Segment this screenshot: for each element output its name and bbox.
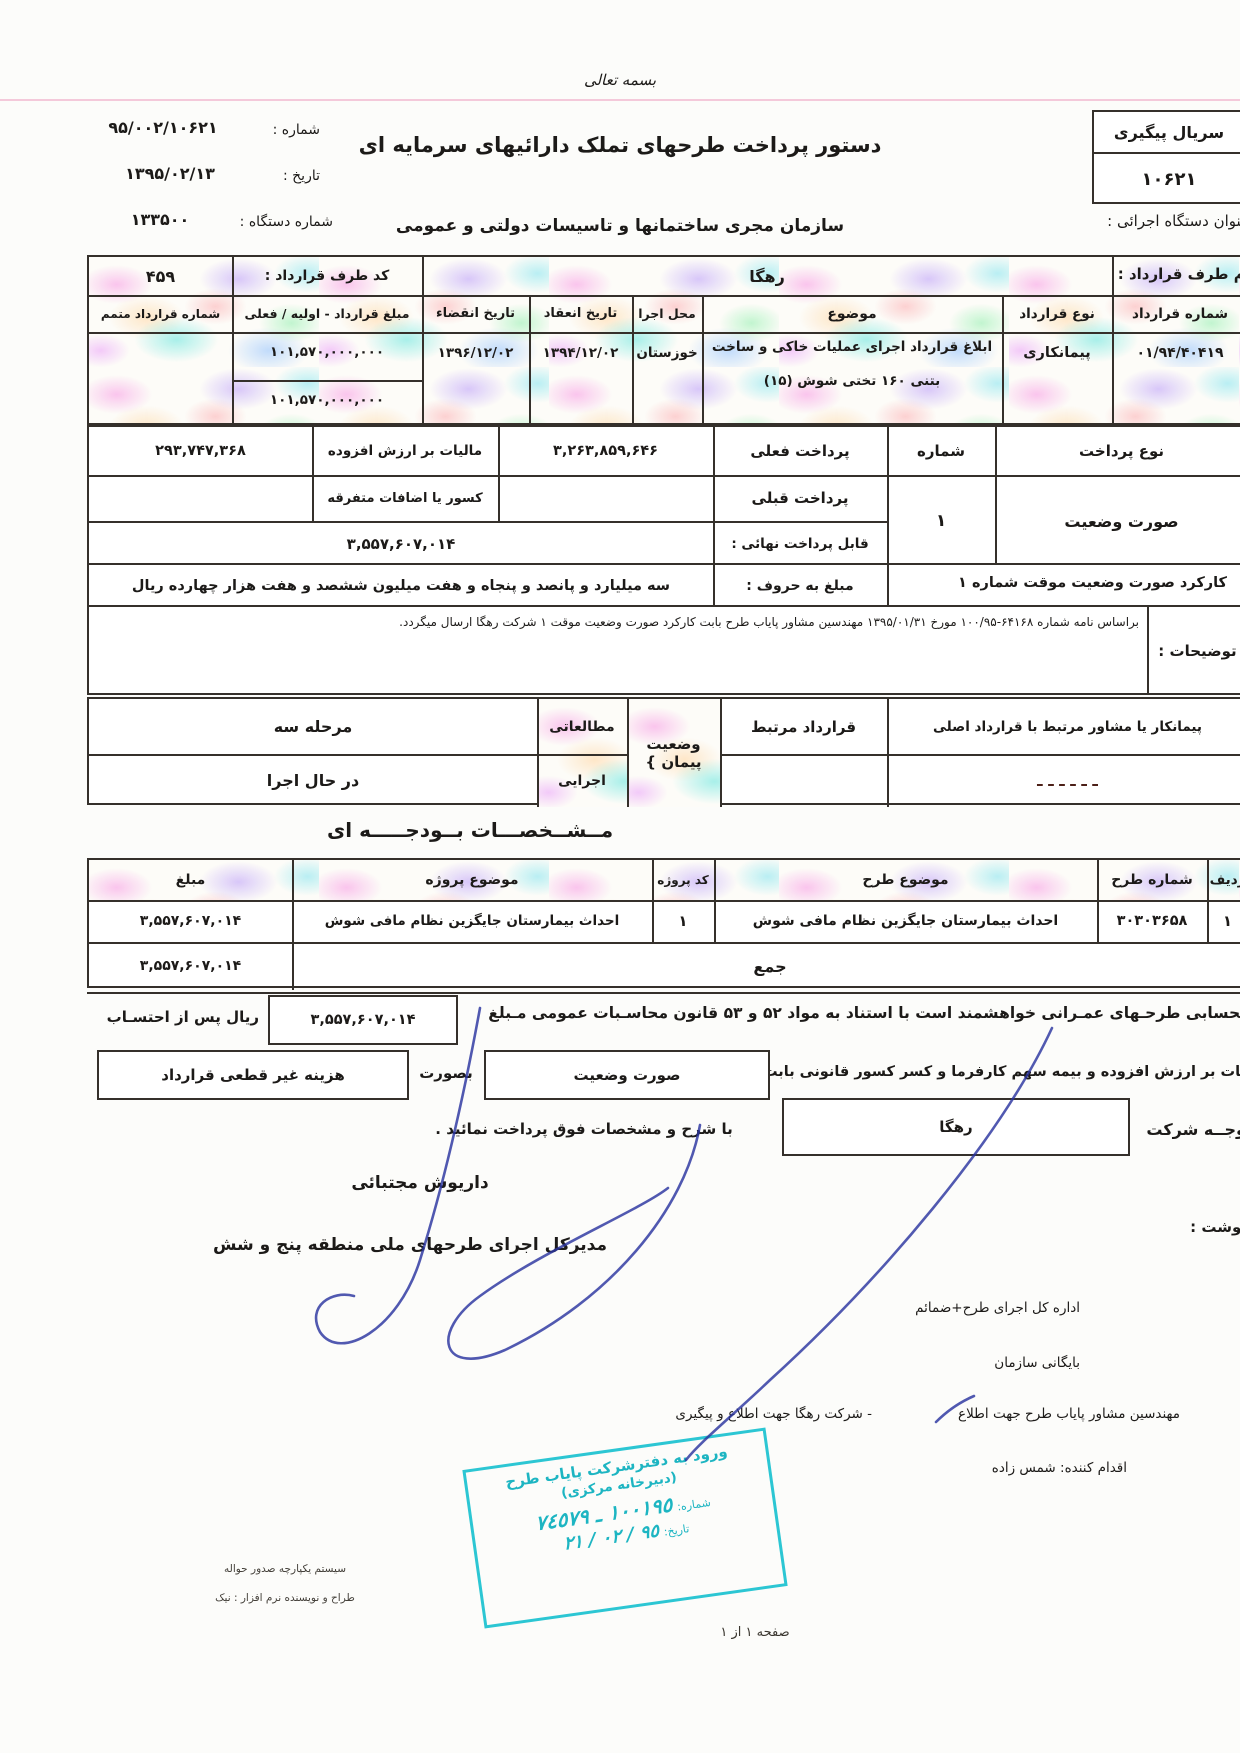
budget-header-row: ردیف (1207, 860, 1240, 900)
signatory-name: داریوش مجتبائی (320, 1170, 520, 1196)
page-number: صفحه ۱ از ۱ (700, 1625, 810, 1640)
current-payment-label: پرداخت فعلی (713, 427, 887, 475)
budget-header-plan-no: شماره طرح (1097, 860, 1207, 900)
serial-value: ۱۰۶۲۱ (1094, 154, 1240, 204)
amount-in-words-label: مبلغ به حروف : (713, 565, 887, 607)
payment-type-header: نوع پرداخت (995, 427, 1240, 475)
status-label: وضعیت پیمان } (627, 699, 720, 807)
current-payment-value: ۳,۲۶۳,۸۵۹,۶۴۶ (498, 427, 713, 475)
payment-no-value: ۱ (887, 475, 995, 567)
software-author-credit: طراح و نویسنده نرم افزار : نیک (190, 1592, 380, 1604)
contract-subject-line2: بتنی ۱۶۰ تختی شوش (۱۵) (702, 373, 1002, 389)
payment-no-header: شماره (887, 427, 995, 475)
col-header-amount: مبلغ قرارداد - اولیه / فعلی (232, 295, 422, 332)
copy-item-company: - شرکت رهگا جهت اطلاع و پیگیری (660, 1406, 872, 1422)
party-name-label: نام طرف قرارداد : (1112, 265, 1240, 283)
serial-tracking-box: سریال پیگیری ۱۰۶۲۱ (1092, 110, 1240, 204)
contract-type: پیمانکاری (1002, 337, 1112, 369)
budget-project-code: ۱ (652, 900, 714, 942)
expense-type-box: هزینه غیر قطعی قرارداد (97, 1050, 409, 1100)
vat-label: مالیات بر ارزش افزوده (312, 427, 498, 475)
org-name: سازمان مجری ساختمانها و تاسیسات دولتی و … (320, 214, 920, 238)
order-amount-box: ۳,۵۵۷,۶۰۷,۰۱۴ (268, 995, 458, 1045)
col-header-contract-type: نوع قرارداد (1002, 295, 1112, 332)
page-title: دستور پرداخت طرحهای تملک دارائیهای سرمای… (320, 130, 920, 160)
budget-row-no: ۱ (1207, 900, 1240, 942)
copy-item-archive: بایگانی سازمان (880, 1355, 1080, 1371)
contract-amount-initial: ۱۰۱,۵۷۰,۰۰۰,۰۰۰ (232, 337, 422, 367)
contract-location: خوزستان (632, 337, 702, 369)
budget-plan-no: ۳۰۳۰۳۶۵۸ (1097, 900, 1207, 942)
budget-plan-subject: احداث بیمارستان جایگزین نظام مافی شوش (714, 900, 1097, 942)
budget-amount: ۳,۵۵۷,۶۰۷,۰۱۴ (89, 900, 292, 942)
copies-label: رونوشت : (1165, 1218, 1240, 1236)
amount-words-row: کارکرد صورت وضعیت موقت شماره ۱ مبلغ به ح… (87, 565, 1240, 607)
contract-expiry-date: ۱۳۹۶/۱۲/۰۲ (422, 337, 529, 369)
col-header-expiry-date: تاریخ انقضاء (422, 295, 529, 332)
device-number-label: شماره دستگاه : (225, 214, 333, 230)
notes-label: توضیحات : (1147, 607, 1240, 695)
order-line3-lead: وجــه شرکت (1120, 1120, 1240, 1139)
divider (0, 99, 1240, 101)
doc-date-value: ۱۳۹۵/۰۲/۱۳ (95, 164, 245, 183)
notes-box: توضیحات : براساس نامه شماره ۶۴۱۶۸-۱۰۰/۹۵… (87, 607, 1240, 695)
budget-sum-label: جمع (292, 942, 1240, 990)
stage-label: مرحله سه (89, 699, 537, 754)
statement-type-box: صورت وضعیت (484, 1050, 770, 1100)
related-main-label: پیمانکار یا مشاور مرتبط با قرارداد اصلی (887, 699, 1240, 754)
payment-table: نوع پرداخت شماره پرداخت فعلی ۳,۲۶۳,۸۵۹,۶… (87, 425, 1240, 565)
study-label: مطالعاتی (537, 699, 627, 754)
entry-stamp: ورود به دفترشرکت پایاب طرح (دبیرخانه مرک… (462, 1427, 787, 1628)
contract-amount-current: ۱۰۱,۵۷۰,۰۰۰,۰۰۰ (232, 385, 422, 415)
related-main-value: ـ ـ ـ ـ ـ ـ (887, 754, 1240, 807)
related-contract-label: قرارداد مرتبط (720, 699, 887, 754)
copy-item-actor: اقدام کننده: شمس زاده (925, 1460, 1127, 1476)
divider (87, 992, 1240, 994)
doc-date-label: تاریخ : (258, 168, 320, 184)
budget-header-project-code: کد پروژه (652, 860, 714, 900)
divider (232, 380, 422, 382)
contract-subject-line1: ابلاغ قرارداد اجرای عملیات خاکی و ساخت (702, 339, 1002, 355)
statement-work-title: کارکرد صورت وضعیت موقت شماره ۱ (887, 575, 1237, 591)
deductions-label: کسور یا اضافات متفرقه (312, 475, 498, 521)
payment-type-value: صورت وضعیت (995, 475, 1240, 567)
party-name-value: رهگا (422, 257, 1112, 295)
contract-table: نام طرف قرارداد : رهگا کد طرف قرارداد : … (87, 255, 1240, 425)
stamp-number-label: شماره: (676, 1496, 711, 1514)
order-line2-mid: بصورت (413, 1064, 479, 1082)
party-code-value: ۴۵۹ (89, 257, 232, 295)
document-page: بسمه تعالی سریال پیگیری ۱۰۶۲۱ عنوان دستگ… (0, 0, 1240, 1753)
col-header-contract-number: شماره قرارداد (1112, 295, 1240, 332)
order-line3-tail: با شرح و مشخصات فوق پرداخت نمائید . (398, 1120, 770, 1138)
notes-text: براساس نامه شماره ۶۴۱۶۸-۱۰۰/۹۵ مورخ ۱۳۹۵… (99, 615, 1139, 629)
contract-subject: ابلاغ قرارداد اجرای عملیات خاکی و ساخت ب… (702, 339, 1002, 389)
copy-item-execution-office: اداره کل اجرای طرح+ضمائم (846, 1300, 1080, 1316)
amount-in-words-value: سه میلیارد و پانصد و پنجاه و هفت میلیون … (89, 565, 713, 607)
bismillah: بسمه تعالی (520, 68, 720, 92)
stage-value: در حال اجرا (89, 754, 537, 807)
final-payable-value: ۳,۵۵۷,۶۰۷,۰۱۴ (89, 521, 713, 567)
agency-label: عنوان دستگاه اجرائی : (1080, 212, 1240, 230)
budget-sum-value: ۳,۵۵۷,۶۰۷,۰۱۴ (89, 942, 292, 990)
col-header-location: محل اجرا (632, 295, 702, 332)
divider (89, 332, 1240, 334)
related-contract-table: پیمانکار یا مشاور مرتبط با قرارداد اصلی … (87, 697, 1240, 805)
contract-sign-date: ۱۳۹۴/۱۲/۰۲ (529, 337, 632, 369)
budget-header-project-subject: موضوع پروژه (292, 860, 652, 900)
software-system-credit: سیستم یکپارچه صدور حواله (190, 1563, 380, 1575)
device-number-value: ۱۳۳۵۰۰ (100, 210, 220, 229)
col-header-addendum: شماره قرارداد متمم (89, 295, 232, 332)
col-header-sign-date: تاریخ انعقاد (529, 295, 632, 332)
doc-number-value: ۹۵/۰۰۲/۱۰۶۲۱ (78, 118, 248, 137)
order-line1-tail: ریال پس از احتسـاب (87, 1008, 259, 1026)
exec-label: اجرایی (537, 754, 627, 807)
copy-item-consultant: مهندسین مشاور پایاب طرح جهت اطلاع (898, 1406, 1180, 1422)
final-payable-label: قابل پرداخت نهائی : (713, 521, 887, 567)
vat-value: ۲۹۳,۷۴۷,۳۶۸ (89, 427, 312, 475)
col-header-subject: موضوع (702, 295, 1002, 332)
serial-label: سریال پیگیری (1094, 112, 1240, 154)
payee-company-box: رهگا (782, 1098, 1130, 1156)
order-line1-text: یحسابی طرحـهای عمـرانی خواهشمند است با ا… (460, 1004, 1240, 1022)
party-code-label: کد طرف قرارداد : (232, 257, 422, 295)
previous-payment-label: پرداخت قبلی (713, 475, 887, 521)
budget-project-subject: احداث بیمارستان جایگزین نظام مافی شوش (292, 900, 652, 942)
order-line2-text: یات بر ارزش افزوده و بیمه سهم کارفرما و … (782, 1064, 1240, 1080)
budget-header-amount: مبلغ (89, 860, 292, 900)
stamp-date-label: تاریخ: (663, 1522, 690, 1538)
budget-section-title: مــشــخصـــات بــودجـــــه ای (270, 816, 670, 844)
budget-header-plan-subject: موضوع طرح (714, 860, 1097, 900)
doc-number-label: شماره : (258, 122, 320, 138)
signatory-title: مدیرکل اجرای طرحهای ملی منطقه پنج و شش (195, 1232, 625, 1258)
contract-number: ۰۱/۹۴/۴۰۴۱۹ (1112, 337, 1240, 369)
budget-table: ردیف شماره طرح موضوع طرح کد پروژه موضوع … (87, 858, 1240, 988)
